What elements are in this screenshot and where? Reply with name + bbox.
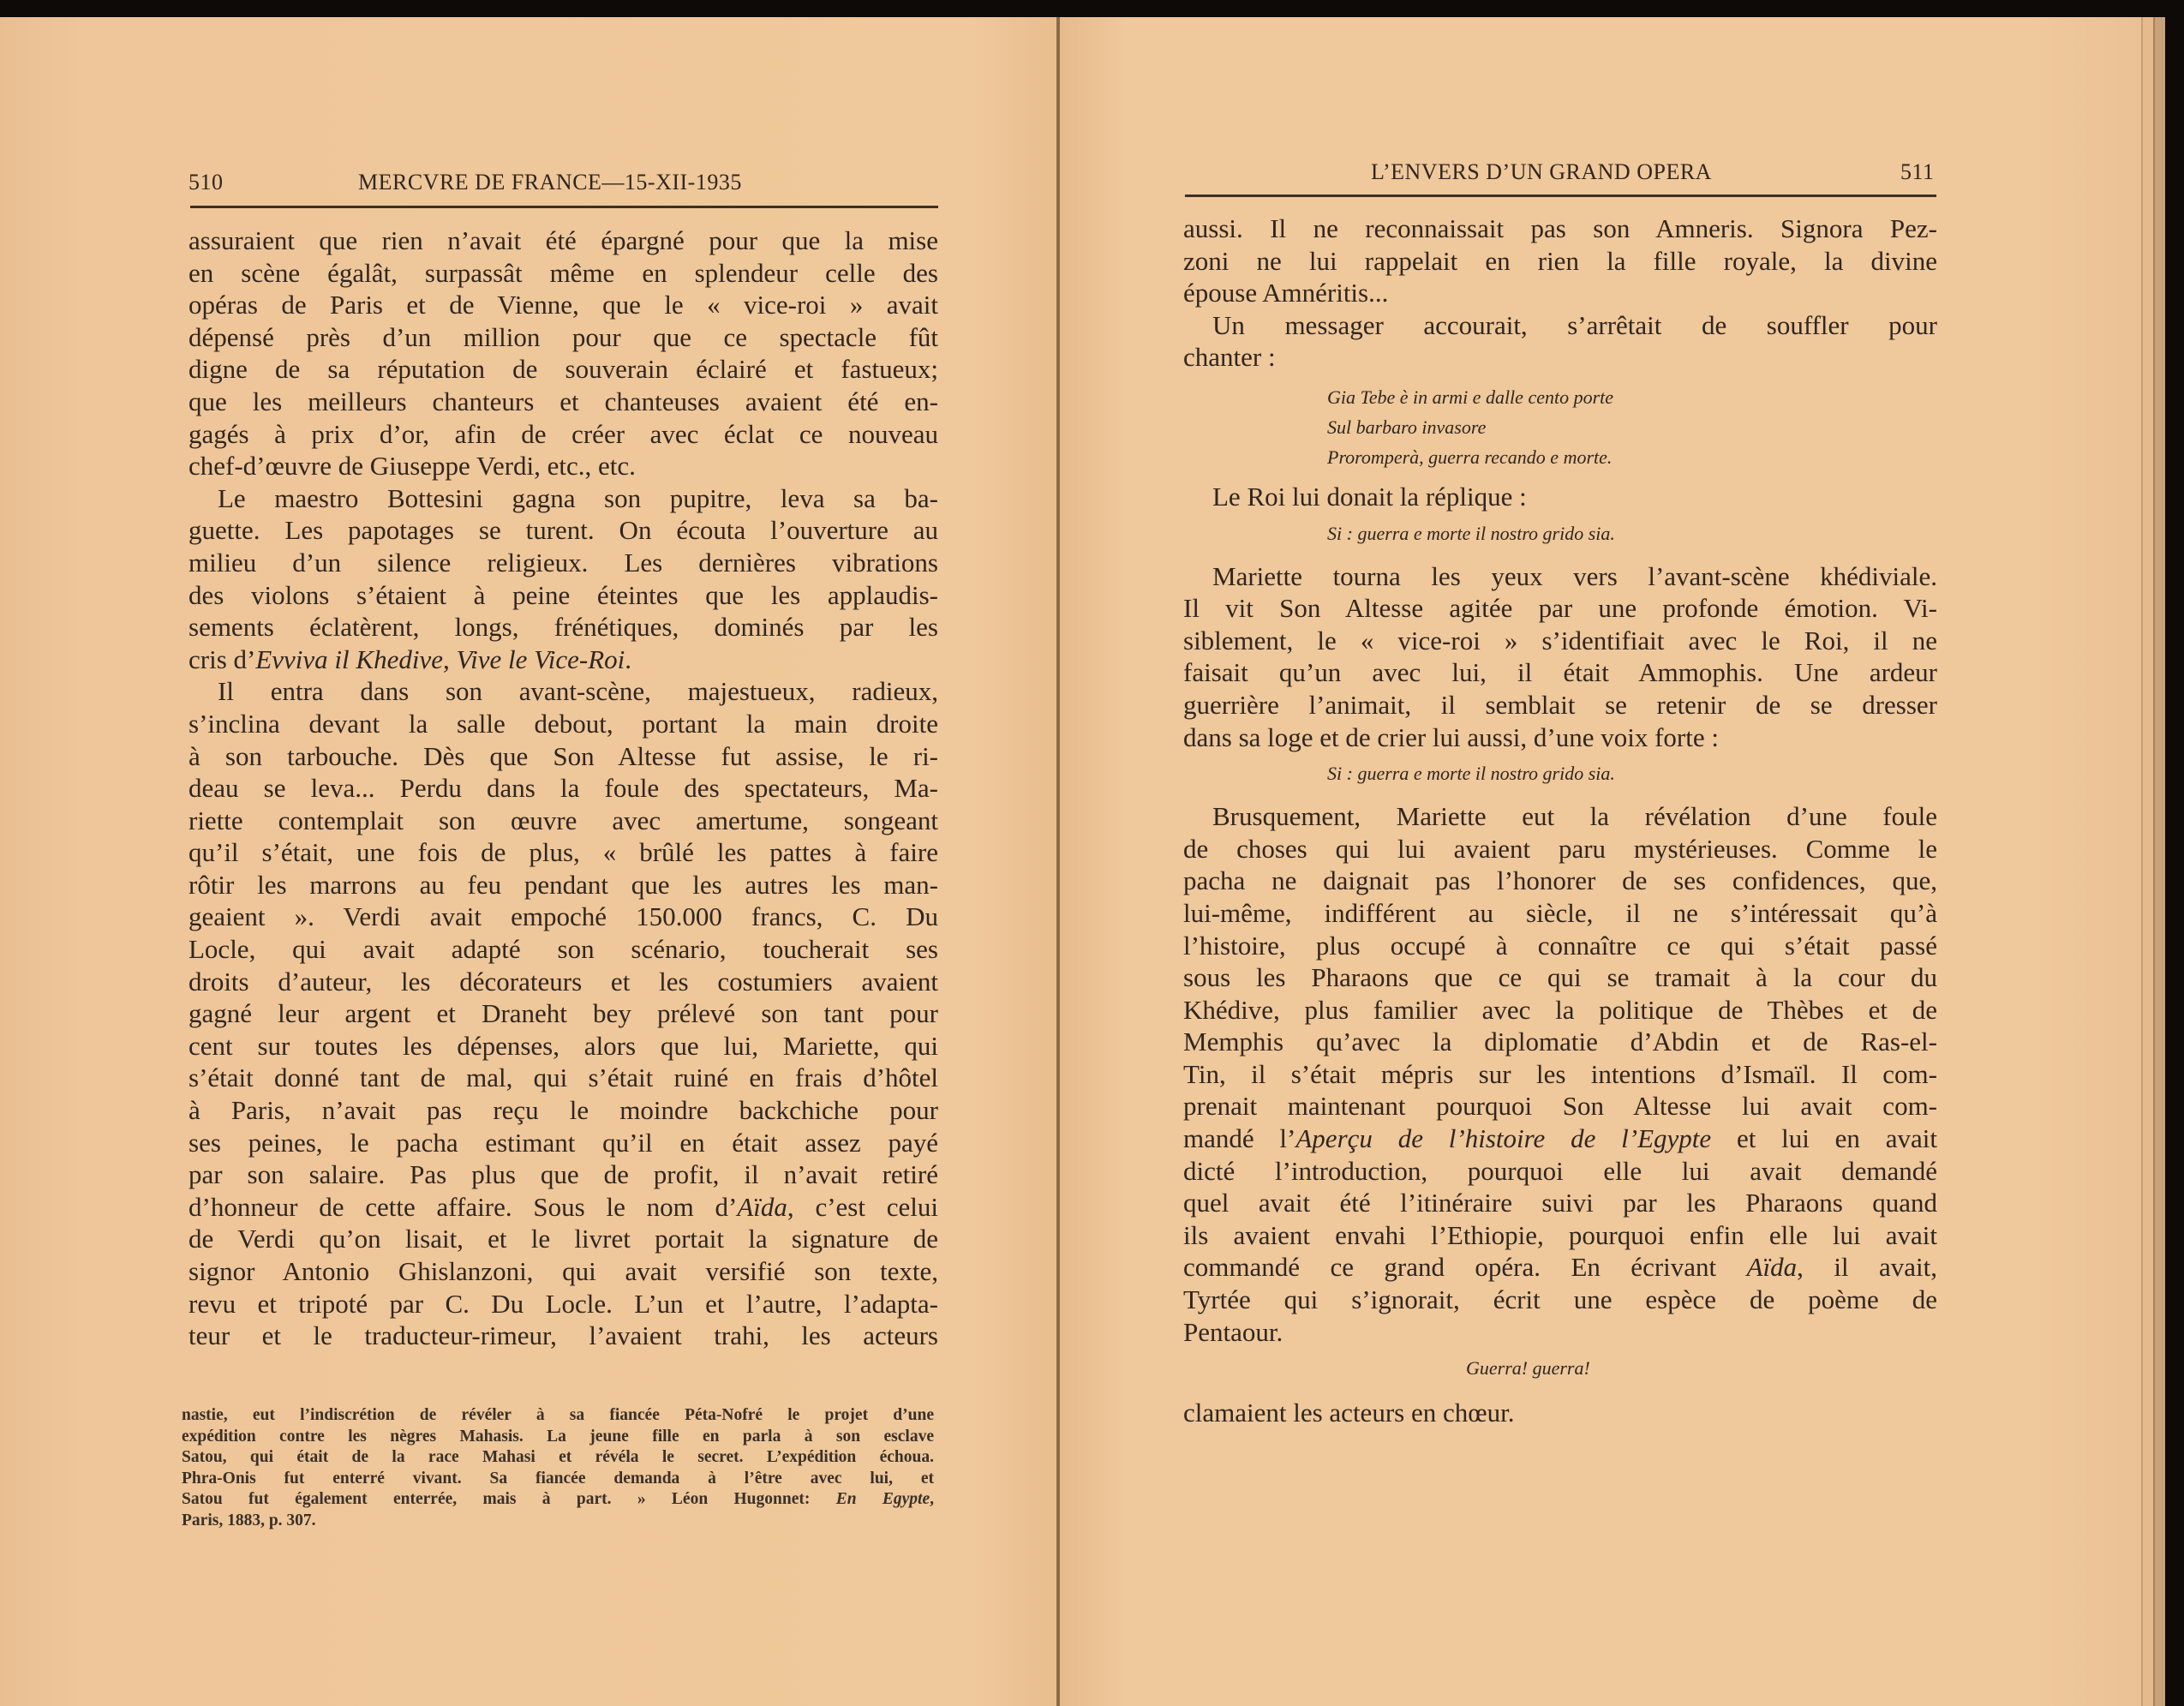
- left-running-title: MERCVRE DE FRANCE—15-XII-1935: [358, 170, 742, 195]
- italic-title-aida: Aïda: [1747, 1252, 1798, 1282]
- left-page-number: 510: [188, 170, 224, 195]
- scan-right-border: [2165, 17, 2184, 1706]
- paragraph: assuraient que rien n’avait été épargné …: [188, 224, 938, 482]
- italic-book-title: Aperçu de l’histoire de l’Egypte: [1295, 1123, 1711, 1153]
- paragraph: Un messager accourait, s’arrêtait de sou…: [1183, 309, 1937, 374]
- verse-block: Si : guerra e morte il nostro grido sia.: [1327, 758, 1937, 788]
- right-header-rule: [1185, 195, 1936, 197]
- verse-block: Gia Tebe è in armi e dalle cento porte S…: [1327, 382, 1937, 472]
- paragraph: Le maestro Bottesini gagna son pupitre, …: [188, 482, 938, 676]
- footnote: nastie, eut l’indiscrétion de révéler à …: [182, 1405, 934, 1531]
- right-page-body: aussi. Il ne reconnaissait pas son Amner…: [1183, 213, 1937, 1429]
- right-page-number: 511: [1900, 159, 1935, 185]
- paragraph: Brusquement, Mariette eut la révélation …: [1183, 800, 1937, 1348]
- paragraph: Il entra dans son avant-scène, majestueu…: [188, 675, 938, 1351]
- italic-book-title: En Egypte: [836, 1490, 930, 1508]
- paragraph: Mariette tourna les yeux vers l’avant-sc…: [1183, 560, 1937, 754]
- paragraph: Le Roi lui donait la réplique :: [1183, 481, 1937, 513]
- verse-block: Si : guerra e morte il nostro grido sia.: [1327, 518, 1937, 548]
- verse-block: Guerra! guerra!: [1466, 1353, 1937, 1383]
- right-running-title: L’ENVERS D’UN GRAND OPERA: [1371, 159, 1712, 185]
- italic-title-aida: Aïda: [737, 1192, 787, 1222]
- paragraph: clamaient les acteurs en chœur.: [1183, 1397, 1937, 1429]
- scan-top-border: [0, 0, 2184, 17]
- left-page-body: assuraient que rien n’avait été épargné …: [188, 224, 938, 1352]
- italic-exclamation: Evviva il Khedive, Vive le Vice-Roi: [255, 644, 625, 674]
- paragraph: aussi. Il ne reconnaissait pas son Amner…: [1183, 213, 1937, 309]
- left-header-rule: [190, 206, 938, 208]
